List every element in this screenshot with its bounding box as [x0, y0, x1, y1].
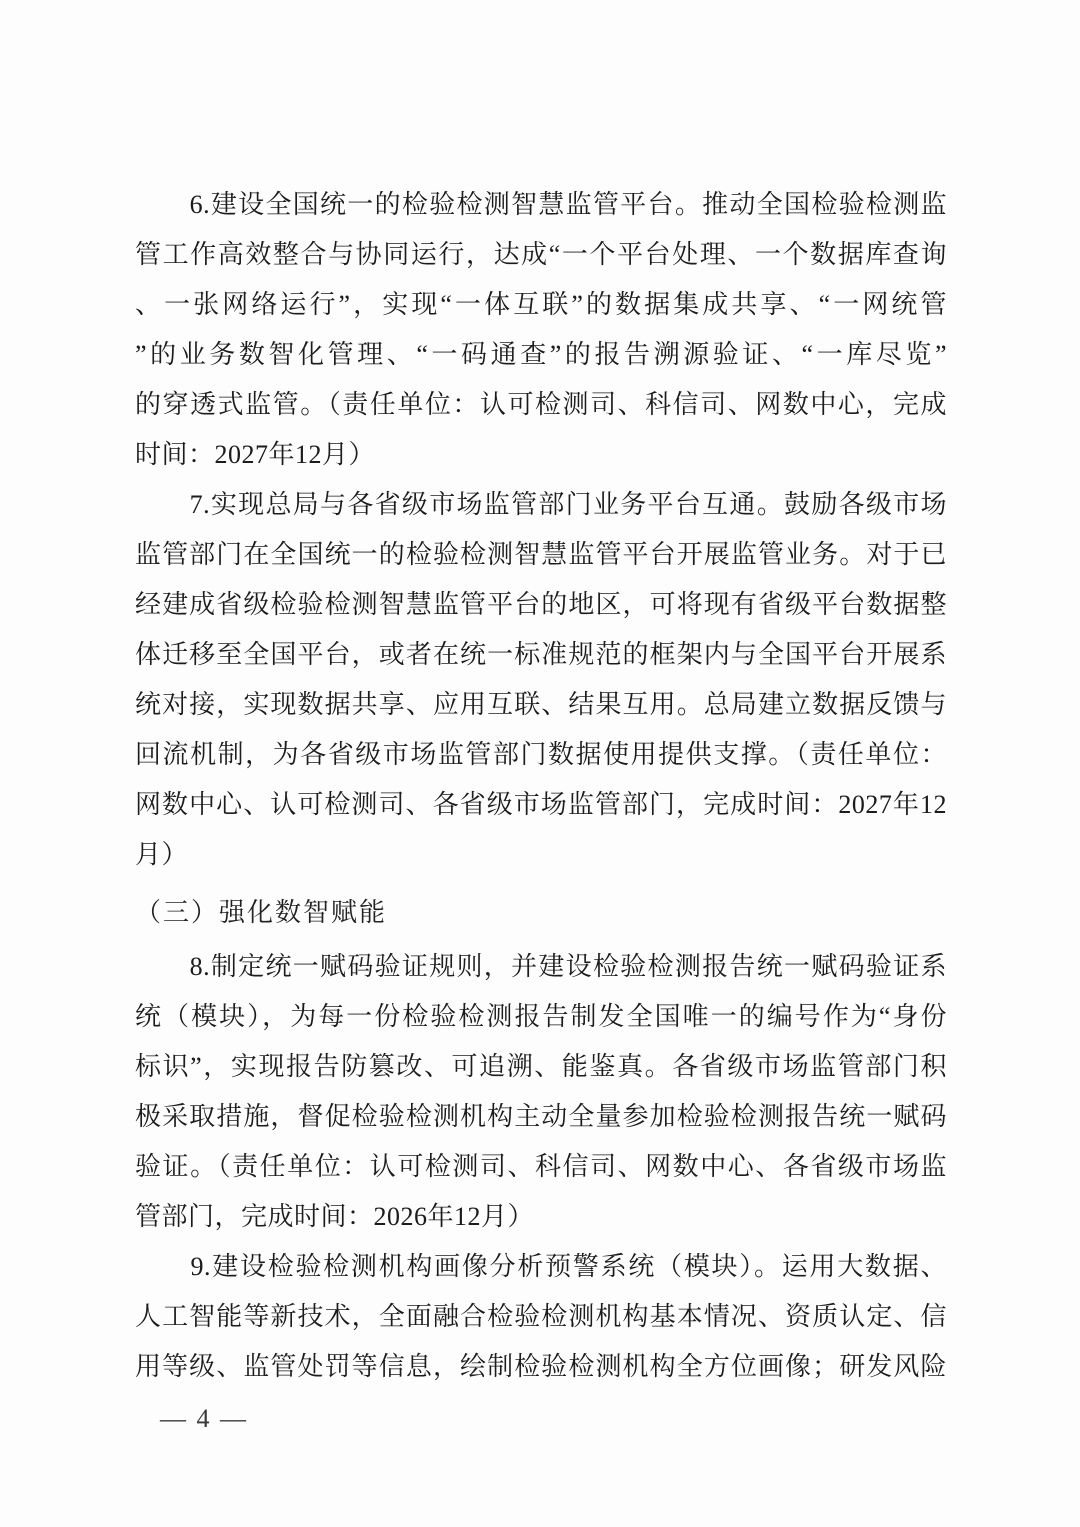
text-line: 管工作高效整合与协同运行，达成“一个平台处理、一个数据库查询: [135, 230, 947, 280]
text-line: 标识”，实现报告防篡改、可追溯、能鉴真。各省级市场监管部门积: [135, 1042, 947, 1092]
text-line: 经建成省级检验检测智慧监管平台的地区，可将现有省级平台数据整: [135, 580, 947, 630]
text-line: 时间：2027年12月）: [135, 430, 947, 480]
section-heading-3: （三）强化数智赋能: [135, 888, 947, 938]
text-line: 统对接，实现数据共享、应用互联、结果互用。总局建立数据反馈与: [135, 680, 947, 730]
text-line: 回流机制，为各省级市场监管部门数据使用提供支撑。（责任单位：: [135, 730, 947, 780]
text-line: 验证。（责任单位：认可检测司、科信司、网数中心、各省级市场监: [135, 1142, 947, 1192]
document-body: 6.建设全国统一的检验检测智慧监管平台。推动全国检验检测监管工作高效整合与协同运…: [135, 180, 947, 1392]
text-line: ”的业务数智化管理、“一码通查”的报告溯源验证、“一库尽览”: [135, 330, 947, 380]
text-line: 管部门，完成时间：2026年12月）: [135, 1192, 947, 1242]
text-line: 月）: [135, 830, 947, 880]
text-line: 监管部门在全国统一的检验检测智慧监管平台开展监管业务。对于已: [135, 530, 947, 580]
text-line: 网数中心、认可检测司、各省级市场监管部门，完成时间：2027年12: [135, 780, 947, 830]
text-line: 9.建设检验检测机构画像分析预警系统（模块）。运用大数据、: [135, 1242, 947, 1292]
text-line: 体迁移至全国平台，或者在统一标准规范的框架内与全国平台开展系: [135, 630, 947, 680]
paragraph-8: 8.制定统一赋码验证规则，并建设检验检测报告统一赋码验证系统（模块），为每一份检…: [135, 942, 947, 1242]
text-line: 、一张网络运行”，实现“一体互联”的数据集成共享、“一网统管: [135, 280, 947, 330]
text-line: 用等级、监管处罚等信息，绘制检验检测机构全方位画像；研发风险: [135, 1342, 947, 1392]
text-line: 6.建设全国统一的检验检测智慧监管平台。推动全国检验检测监: [135, 180, 947, 230]
text-line: 极采取措施，督促检验检测机构主动全量参加检验检测报告统一赋码: [135, 1092, 947, 1142]
heading-line: （三）强化数智赋能: [135, 888, 947, 938]
paragraph-9: 9.建设检验检测机构画像分析预警系统（模块）。运用大数据、人工智能等新技术，全面…: [135, 1242, 947, 1392]
text-line: 的穿透式监管。（责任单位：认可检测司、科信司、网数中心，完成: [135, 380, 947, 430]
text-line: 统（模块），为每一份检验检测报告制发全国唯一的编号作为“身份: [135, 992, 947, 1042]
text-line: 7.实现总局与各省级市场监管部门业务平台互通。鼓励各级市场: [135, 480, 947, 530]
text-line: 8.制定统一赋码验证规则，并建设检验检测报告统一赋码验证系: [135, 942, 947, 992]
document-page: 6.建设全国统一的检验检测智慧监管平台。推动全国检验检测监管工作高效整合与协同运…: [0, 0, 1080, 1527]
page-number: — 4 —: [160, 1402, 248, 1436]
paragraph-6: 6.建设全国统一的检验检测智慧监管平台。推动全国检验检测监管工作高效整合与协同运…: [135, 180, 947, 480]
paragraph-7: 7.实现总局与各省级市场监管部门业务平台互通。鼓励各级市场监管部门在全国统一的检…: [135, 480, 947, 880]
text-line: 人工智能等新技术，全面融合检验检测机构基本情况、资质认定、信: [135, 1292, 947, 1342]
